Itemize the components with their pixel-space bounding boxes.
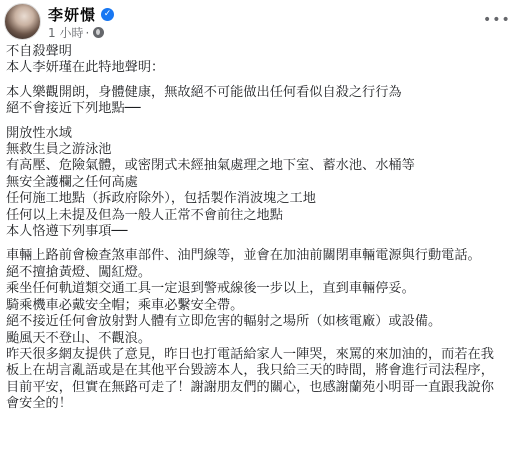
- post-block: 不自殺聲明 本人李妍瑾在此特地聲明：: [6, 44, 506, 77]
- post-line: 任何施工地點（拆政府除外），包括製作消波塊之工地: [6, 191, 506, 207]
- post-line: 車輛上路前會檢查煞車部件、油門線等，並會在加油前關閉車輛電源與行動電話。: [6, 248, 506, 264]
- post-line: 絕不會接近下列地點──: [6, 101, 506, 117]
- post-line: 騎乘機車必戴安全帽；乘車必繫安全帶。: [6, 298, 506, 314]
- post-timestamp[interactable]: 1 小時: [48, 24, 83, 41]
- post-line: 板上在胡言亂語或是在其他平台毀謗本人，我只給三天的時間，將會進行司法程序，: [6, 363, 506, 379]
- more-options-button[interactable]: •••: [483, 12, 511, 28]
- post-line: 開放性水域: [6, 126, 506, 142]
- post-line: 颱風天不登山、不觀浪。: [6, 331, 506, 347]
- post-block: 開放性水域 無救生員之游泳池 有高壓、危險氣體，或密閉式未經抽氣處理之地下室、蓄…: [6, 126, 506, 241]
- post-header: 李妍憬 ✓ 1 小時 · •••: [0, 0, 512, 44]
- post-line: 本人恪遵下列事項──: [6, 224, 506, 240]
- post-line: 無救生員之游泳池: [6, 142, 506, 158]
- post-line: 絕不接近任何會放射對人體有立即危害的輻射之場所（如核電廠）或設備。: [6, 314, 506, 330]
- post-line: 不自殺聲明: [6, 44, 506, 60]
- post-line: 絕不擅搶黃燈、闖紅燈。: [6, 265, 506, 281]
- post-line: 無安全護欄之任何高處: [6, 175, 506, 191]
- post-line: 本人樂觀開朗，身體健康，無故絕不可能做出任何看似自殺之行行為: [6, 85, 506, 101]
- post-block: 本人樂觀開朗，身體健康，無故絕不可能做出任何看似自殺之行行為 絕不會接近下列地點…: [6, 85, 506, 118]
- author-avatar[interactable]: [4, 3, 41, 40]
- post-line: 本人李妍瑾在此特地聲明：: [6, 60, 506, 76]
- verified-badge-icon: ✓: [101, 8, 114, 21]
- author-name[interactable]: 李妍憬: [48, 4, 96, 25]
- post-line: 會安全的！: [6, 396, 506, 412]
- post-line: 任何以上未提及但為一般人正常不會前往之地點: [6, 208, 506, 224]
- post-meta: 1 小時 ·: [48, 24, 104, 41]
- post-line: 有高壓、危險氣體，或密閉式未經抽氣處理之地下室、蓄水池、水桶等: [6, 158, 506, 174]
- post-line: 昨天很多網友提供了意見，昨日也打電話給家人一陣哭，來罵的來加油的，而若在我: [6, 347, 506, 363]
- post-body: 不自殺聲明 本人李妍瑾在此特地聲明： 本人樂觀開朗，身體健康，無故絕不可能做出任…: [0, 44, 512, 413]
- author-name-row: 李妍憬 ✓: [48, 4, 114, 25]
- post-line: 乘坐任何軌道類交通工具一定退到警戒線後一步以上，直到車輛停妥。: [6, 281, 506, 297]
- post-line: 目前平安，但實在無路可走了！謝謝朋友們的關心，也感謝蘭苑小明哥一直跟我說你: [6, 380, 506, 396]
- meta-separator: ·: [85, 26, 89, 40]
- post-block: 車輛上路前會檢查煞車部件、油門線等，並會在加油前關閉車輛電源與行動電話。 絕不擅…: [6, 248, 506, 412]
- globe-icon: [93, 27, 104, 38]
